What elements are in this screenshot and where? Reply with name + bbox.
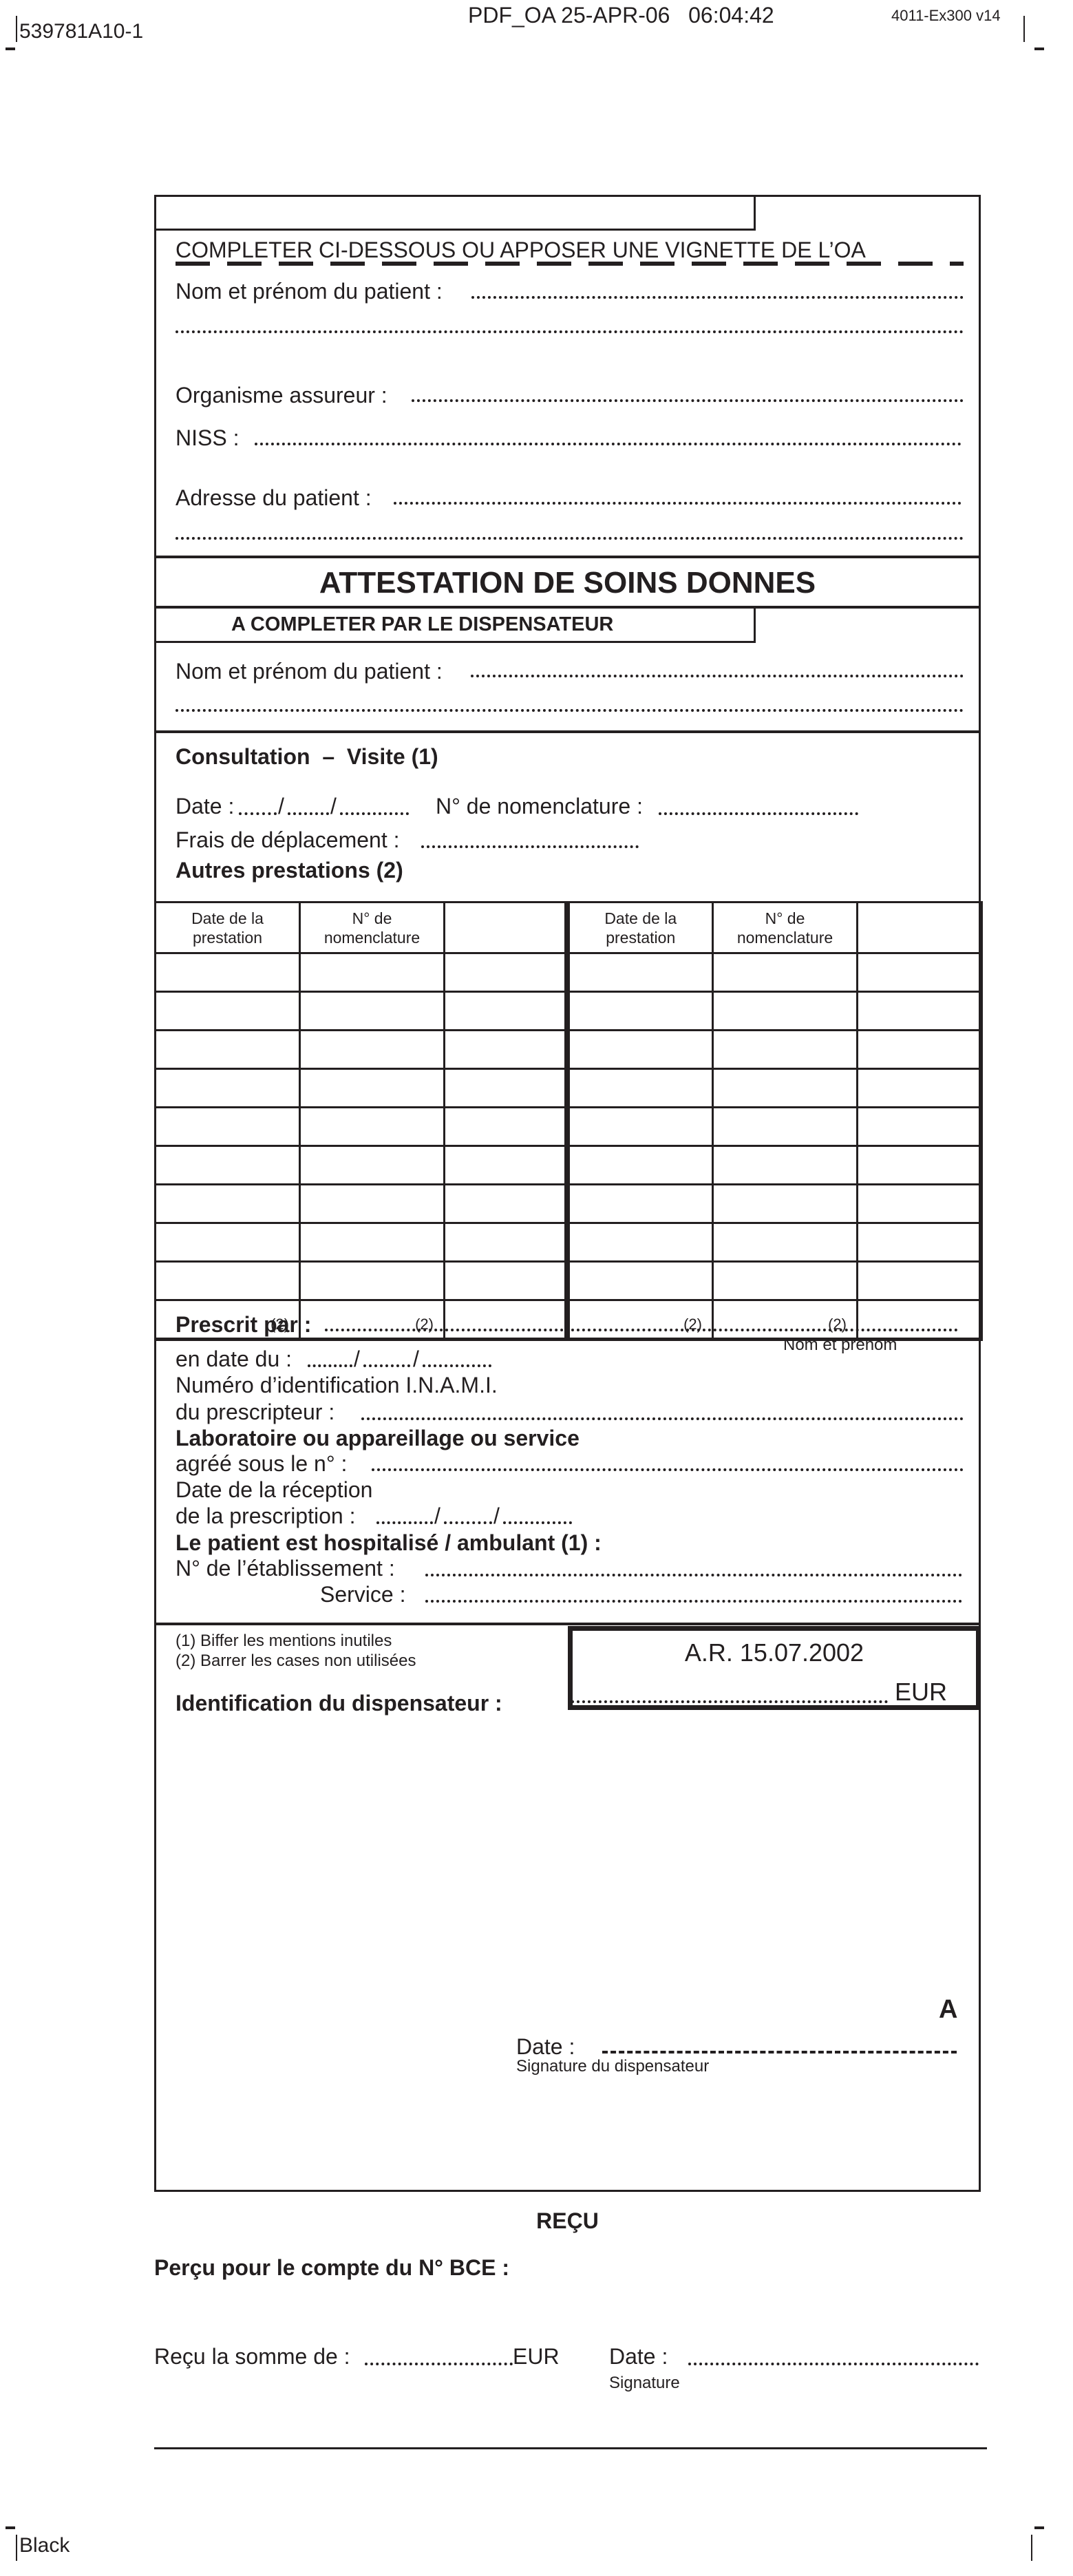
table-cell[interactable] — [156, 1223, 300, 1262]
table-cell[interactable] — [567, 1031, 713, 1069]
reception-date-month[interactable] — [444, 1521, 492, 1524]
other-services-heading: Autres prestations (2) — [176, 859, 403, 881]
footnote-2: (2) Barrer les cases non utilisées — [176, 1653, 416, 1669]
table-cell[interactable] — [858, 1262, 982, 1300]
provider-signature-caption: Signature du dispensateur — [516, 2058, 709, 2075]
table-cell[interactable] — [713, 1262, 858, 1300]
table-cell[interactable] — [445, 1069, 567, 1108]
nomenclature-label: N° de nomenclature : — [436, 795, 643, 817]
crop-mark — [16, 2535, 17, 2561]
color-separation-label: Black — [19, 2535, 70, 2556]
crop-mark — [1034, 2526, 1044, 2529]
date-separator: / — [278, 795, 284, 817]
table-cell[interactable] — [445, 1185, 567, 1223]
lab-heading: Laboratoire ou appareillage ou service — [176, 1427, 580, 1449]
column-header-nomenclature: N° de nomenclature — [300, 902, 445, 953]
column-header-nomenclature: N° de nomenclature — [713, 902, 858, 953]
amount-currency: EUR — [895, 1680, 947, 1704]
print-timestamp: PDF_OA 25-APR-06 06:04:42 — [468, 4, 774, 26]
prescription-date-label: en date du : — [176, 1348, 292, 1370]
crop-mark — [1031, 2535, 1032, 2561]
received-sum-currency: EUR — [513, 2345, 560, 2367]
prescription-date-year[interactable] — [423, 1364, 491, 1367]
column-header-date: Date de la prestation — [156, 902, 300, 953]
receipt-signature-caption: Signature — [609, 2375, 680, 2392]
table-cell[interactable] — [300, 1146, 445, 1185]
establishment-label: N° de l’établissement : — [176, 1557, 395, 1579]
table-cell[interactable] — [713, 1069, 858, 1108]
niss-field[interactable] — [255, 443, 962, 445]
table-cell[interactable] — [156, 1146, 300, 1185]
received-sum-label: Reçu la somme de : — [154, 2345, 350, 2367]
table-cell[interactable] — [713, 992, 858, 1031]
table-cell[interactable] — [567, 1146, 713, 1185]
provider-date-label: Date : — [516, 2036, 575, 2058]
prescribed-by-label: Prescrit par : — [176, 1313, 311, 1335]
table-cell[interactable] — [858, 1300, 982, 1340]
crop-mark — [6, 2526, 15, 2529]
date-separator: / — [434, 1505, 440, 1527]
table-cell[interactable] — [567, 992, 713, 1031]
provider-patient-name-label: Nom et prénom du patient : — [176, 660, 443, 682]
reception-label-line-1: Date de la réception — [176, 1479, 372, 1501]
section-divider — [154, 556, 981, 558]
table-cell[interactable] — [445, 953, 567, 992]
table-cell[interactable] — [156, 1185, 300, 1223]
instruction-dashed-underline — [176, 262, 964, 266]
received-sum-field[interactable] — [365, 2363, 513, 2365]
service-label: Service : — [320, 1583, 405, 1605]
table-row — [156, 1069, 982, 1108]
prescription-date-day[interactable] — [308, 1364, 352, 1367]
form-title: ATTESTATION DE SOINS DONNES — [154, 568, 981, 598]
service-field[interactable] — [425, 1600, 962, 1603]
provider-date-field[interactable] — [602, 2051, 957, 2054]
address-field[interactable] — [394, 502, 962, 505]
table-row — [156, 1262, 982, 1300]
column-header-blank — [445, 902, 567, 953]
bce-number-label: Perçu pour le compte du N° BCE : — [154, 2257, 509, 2279]
provider-identification-area[interactable] — [165, 1721, 970, 1989]
table-cell[interactable] — [445, 1300, 567, 1340]
table-row — [156, 1223, 982, 1262]
section-divider — [154, 730, 981, 733]
prescribed-by-field[interactable] — [325, 1329, 958, 1331]
vignette-area — [154, 195, 756, 231]
table-cell[interactable] — [156, 953, 300, 992]
date-separator: / — [413, 1348, 419, 1370]
prescription-date-month[interactable] — [363, 1364, 410, 1367]
table-cell[interactable] — [858, 1031, 982, 1069]
date-separator: / — [493, 1505, 500, 1527]
table-cell[interactable] — [858, 1069, 982, 1108]
table-cell[interactable] — [858, 953, 982, 992]
lab-number-label: agréé sous le n° : — [176, 1453, 347, 1475]
column-header-date: Date de la prestation — [567, 902, 713, 953]
address-label: Adresse du patient : — [176, 487, 372, 509]
inami-field[interactable] — [361, 1417, 964, 1420]
table-row — [156, 1185, 982, 1223]
table-cell[interactable] — [567, 1223, 713, 1262]
table-cell[interactable] — [567, 953, 713, 992]
date-separator: / — [330, 795, 337, 817]
table-cell[interactable] — [713, 1223, 858, 1262]
table-row — [156, 1031, 982, 1069]
table-header-row: Date de la prestation N° de nomenclature… — [156, 902, 982, 953]
table-cell[interactable] — [445, 1262, 567, 1300]
address-field-line-2[interactable] — [176, 537, 964, 540]
copy-letter: A — [939, 1996, 957, 2023]
consultation-date-month[interactable] — [288, 812, 329, 815]
nomenclature-field[interactable] — [659, 812, 858, 815]
consultation-date-day[interactable] — [239, 812, 277, 815]
lab-number-field[interactable] — [372, 1468, 964, 1471]
table-cell[interactable] — [713, 953, 858, 992]
table-row — [156, 1108, 982, 1146]
reception-date-day[interactable] — [376, 1521, 433, 1524]
form-version: 4011-Ex300 v14 — [891, 8, 1001, 23]
table-cell[interactable] — [567, 1262, 713, 1300]
table-cell[interactable] — [713, 1031, 858, 1069]
table-cell[interactable] — [300, 1223, 445, 1262]
provider-banner: A COMPLETER PAR LE DISPENSATEUR — [231, 615, 613, 635]
table-cell[interactable] — [156, 1031, 300, 1069]
insurer-label: Organisme assureur : — [176, 384, 387, 406]
amount-field[interactable] — [571, 1700, 888, 1703]
table-cell[interactable]: (2) — [567, 1300, 713, 1340]
provider-identification-label: Identification du dispensateur : — [176, 1692, 502, 1714]
prestations-table: Date de la prestation N° de nomenclature… — [154, 901, 983, 1341]
table-cell[interactable] — [156, 1262, 300, 1300]
prescriber-name-caption: Nom et prénom — [783, 1337, 897, 1353]
receipt-date-label: Date : — [609, 2345, 668, 2367]
establishment-field[interactable] — [425, 1574, 962, 1576]
table-cell[interactable] — [156, 992, 300, 1031]
receipt-date-field[interactable] — [688, 2363, 979, 2365]
table-cell[interactable] — [445, 1146, 567, 1185]
bce-number-field[interactable] — [551, 2251, 977, 2282]
patient-name-field[interactable] — [471, 296, 964, 299]
insurer-field[interactable] — [412, 399, 964, 402]
consultation-heading: Consultation – Visite (1) — [176, 746, 438, 768]
provider-patient-name-field[interactable] — [471, 675, 964, 677]
reception-date-year[interactable] — [503, 1521, 572, 1524]
royal-decree-reference: A.R. 15.07.2002 — [568, 1640, 981, 1665]
table-cell[interactable] — [445, 992, 567, 1031]
date-separator: / — [354, 1348, 360, 1370]
consultation-date-year[interactable] — [340, 812, 409, 815]
table-cell[interactable] — [445, 1108, 567, 1146]
signature-line — [154, 2447, 987, 2449]
crop-mark — [1034, 47, 1044, 50]
vignette-instruction: COMPLETER CI-DESSOUS OU APPOSER UNE VIGN… — [176, 239, 866, 261]
table-cell[interactable] — [713, 1185, 858, 1223]
table-cell[interactable] — [567, 1108, 713, 1146]
patient-name-label: Nom et prénom du patient : — [176, 280, 443, 302]
table-cell[interactable] — [567, 1069, 713, 1108]
crop-mark — [1023, 16, 1025, 42]
table-cell[interactable] — [300, 1069, 445, 1108]
inami-label-line-1: Numéro d’identification I.N.A.M.I. — [176, 1374, 498, 1396]
table-cell[interactable] — [300, 1031, 445, 1069]
reception-label-line-2: de la prescription : — [176, 1505, 355, 1527]
table-cell[interactable] — [300, 1262, 445, 1300]
table-cell[interactable] — [300, 1108, 445, 1146]
receipt-title: REÇU — [154, 2210, 981, 2232]
crop-mark — [6, 47, 15, 50]
table-cell[interactable] — [156, 1069, 300, 1108]
table-cell[interactable] — [567, 1185, 713, 1223]
table-cell[interactable] — [858, 1223, 982, 1262]
provider-patient-name-field-line-2[interactable] — [176, 709, 964, 712]
table-row — [156, 992, 982, 1031]
table-cell[interactable] — [445, 1223, 567, 1262]
table-cell[interactable]: (2) — [300, 1300, 445, 1340]
table-cell[interactable] — [156, 1108, 300, 1146]
table-cell[interactable] — [858, 992, 982, 1031]
inami-label-line-2: du prescripteur : — [176, 1401, 334, 1423]
table-cell[interactable] — [300, 992, 445, 1031]
niss-label: NISS : — [176, 427, 239, 449]
table-row — [156, 1146, 982, 1185]
table-cell[interactable] — [858, 1146, 982, 1185]
crop-mark — [16, 16, 17, 42]
column-header-blank — [858, 902, 982, 953]
consultation-date-label: Date : — [176, 795, 234, 817]
table-cell[interactable] — [713, 1146, 858, 1185]
print-job-id: 539781A10-1 — [19, 21, 143, 42]
table-cell[interactable] — [445, 1031, 567, 1069]
table-cell[interactable] — [858, 1185, 982, 1223]
table-cell[interactable]: (2) — [713, 1300, 858, 1340]
table-cell[interactable] — [300, 1185, 445, 1223]
travel-costs-field[interactable] — [421, 845, 639, 848]
table-cell[interactable] — [713, 1108, 858, 1146]
patient-name-field-line-2[interactable] — [176, 330, 964, 333]
table-cell[interactable] — [300, 953, 445, 992]
table-row — [156, 953, 982, 992]
section-divider — [154, 1623, 981, 1625]
footnote-1: (1) Biffer les mentions inutiles — [176, 1633, 392, 1649]
hospital-status-heading: Le patient est hospitalisé / ambulant (1… — [176, 1532, 602, 1554]
travel-costs-label: Frais de déplacement : — [176, 829, 400, 851]
table-cell[interactable] — [858, 1108, 982, 1146]
